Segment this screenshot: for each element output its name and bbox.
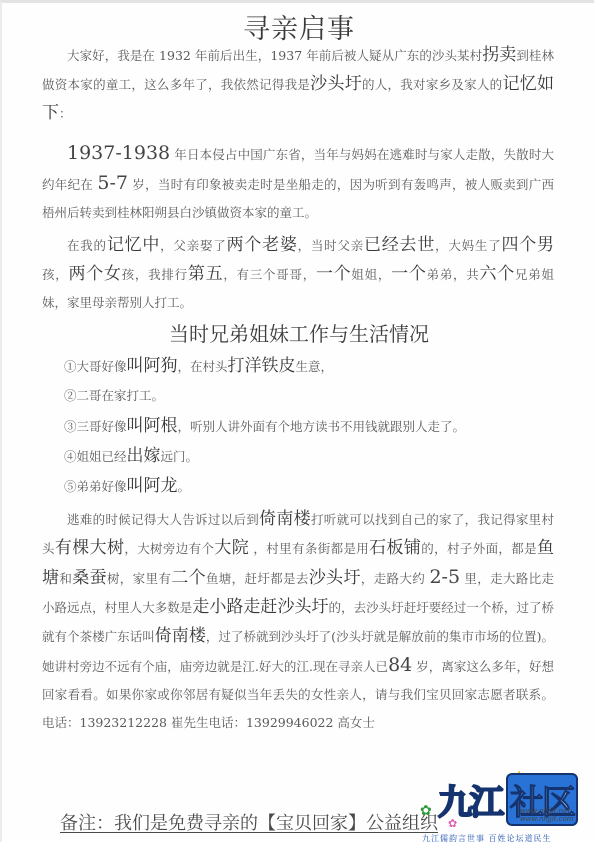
para-emphasis: 记忆中 xyxy=(107,235,160,255)
sibling-item-3: ③三哥好像叫阿根，听别人讲外面有个地方读书不用钱就跟别人走了。 xyxy=(64,415,465,438)
para-text: ，当时父亲 xyxy=(298,238,364,253)
logo-urls: www.nhjjlt.netwww.nhjjlt.com xyxy=(520,807,574,823)
para-emphasis: 一个 xyxy=(316,264,351,284)
para-emphasis: 一个 xyxy=(391,264,426,284)
para-text: 的，村子外面，都是 xyxy=(421,541,537,556)
item-emphasis: 叫阿龙 xyxy=(127,476,178,496)
logo-url-2: www.nhjjlt.com xyxy=(520,815,574,823)
para-emphasis: 走小路走赶沙头圩 xyxy=(192,597,328,617)
item-emphasis: 出嫁 xyxy=(127,446,161,466)
item-text: ③三哥好像 xyxy=(64,419,127,434)
para-text: ，有三个哥哥， xyxy=(223,267,316,282)
sibling-item-2: ②二哥在家打工。 xyxy=(64,385,164,407)
item-emphasis: 打洋铁皮 xyxy=(228,356,296,376)
para-text: ，村里有条街都是用 xyxy=(249,541,369,556)
para-emphasis: 倚南楼 xyxy=(155,626,206,646)
para-emphasis: 桑蚕 xyxy=(72,568,107,588)
clover-icon: ✿ xyxy=(420,803,432,819)
notice-page: 寻亲启事 大家好，我是在 1932 年前后出生，1937 年前后被人疑从广东的沙… xyxy=(0,0,594,842)
para-emphasis: 六个 xyxy=(480,264,515,284)
item-text: 生意， xyxy=(296,359,334,374)
para-emphasis: 第五 xyxy=(188,264,223,284)
intro-paragraph: 大家好，我是在 1932 年前后出生，1937 年前后被人疑从广东的沙头某村拐卖… xyxy=(42,41,554,128)
distance-text: 2-5 xyxy=(429,566,460,588)
item-text: ，在村头 xyxy=(178,359,228,374)
para-emphasis: 沙头圩 xyxy=(309,568,361,588)
para-text: 弟弟，共 xyxy=(427,267,480,282)
para-text: ，大树旁边有个 xyxy=(124,541,214,556)
para-emphasis: 大院 xyxy=(214,538,249,558)
sibling-item-1: ①大哥好像叫阿狗，在村头打洋铁皮生意， xyxy=(64,355,333,378)
para-text: 孩， xyxy=(42,267,68,282)
logo-slogan: 九江儒韵言世事 百姓论坛道民生 xyxy=(422,833,552,842)
intro-text: 大家好，我是在 1932 年前后出生，1937 年前后被人疑从广东的沙头某村 xyxy=(67,48,482,63)
paragraph-family: 在我的记忆中，父亲娶了两个老婆，当时父亲已经去世，大妈生了四个男孩，两个女孩，我… xyxy=(42,231,554,317)
item-text: ⑤弟弟好像 xyxy=(64,479,127,494)
item-text: 远门。 xyxy=(161,449,199,464)
section-subtitle: 当时兄弟姐妹工作与生活情况 xyxy=(2,318,594,347)
watermark-logo: ✿ ✿ ✱ 九江社区 www.nhjjlt.netwww.nhjjlt.com … xyxy=(418,773,590,842)
para-emphasis: 二个 xyxy=(171,568,206,588)
item-emphasis: 叫阿狗 xyxy=(127,356,178,376)
intro-text: 的人，我对家乡及家人的 xyxy=(362,77,502,92)
intro-emphasis: 沙头圩 xyxy=(310,74,362,94)
para-text: 鱼塘，赶圩都是去 xyxy=(206,571,309,586)
para-text: 和 xyxy=(59,571,72,586)
paragraph-hometown-memory: 逃难的时候记得大人告诉过以后到倚南楼打听就可以找到自己的家了，我记得家里村头有棵… xyxy=(42,505,554,737)
sibling-item-4: ④姐姐已经出嫁远门。 xyxy=(64,445,198,468)
age-text: 5-7 xyxy=(97,172,128,194)
item-text: ④姐姐已经 xyxy=(64,449,127,464)
para-emphasis: 四个男 xyxy=(501,235,554,255)
item-emphasis: 叫阿根 xyxy=(127,416,178,436)
para-text: ，走路大约 xyxy=(361,571,430,586)
intro-text: ： xyxy=(59,106,72,121)
para-emphasis: 已经去世 xyxy=(364,235,435,255)
intro-emphasis: 拐卖 xyxy=(482,45,516,65)
item-text: ①大哥好像 xyxy=(64,359,127,374)
para-text: 孩，我排行 xyxy=(122,267,188,282)
age-text: 84 xyxy=(388,654,412,676)
para-emphasis: 两个老婆 xyxy=(227,235,298,255)
paragraph-war-separation: 1937-1938 年日本侵占中国广东省，当年与妈妈在逃难时与家人走散，失散时大… xyxy=(42,139,554,227)
sibling-item-5: ⑤弟弟好像叫阿龙。 xyxy=(64,475,190,498)
para-emphasis: 石板铺 xyxy=(369,538,421,558)
para-text: 姐姐， xyxy=(351,267,391,282)
item-text: 。 xyxy=(178,479,191,494)
para-emphasis: 两个女 xyxy=(68,264,121,284)
item-text: ②二哥在家打工。 xyxy=(64,388,164,403)
logo-url-1: www.nhjjlt.net xyxy=(520,807,574,815)
years-text: 1937-1938 xyxy=(67,142,170,164)
logo-name-a: 九江 xyxy=(438,783,502,823)
para-emphasis: 倚南楼 xyxy=(259,509,311,529)
para-text: 树，家里有 xyxy=(107,571,171,586)
para-text: ，父亲娶了 xyxy=(160,238,226,253)
para-emphasis: 有棵大树 xyxy=(55,538,124,558)
remark-note: 备注：我们是免费寻亲的【宝贝回家】公益组织 xyxy=(60,809,438,835)
para-text: ，大妈生了 xyxy=(435,238,501,253)
para-text: 在我的 xyxy=(67,238,107,253)
para-text: 逃难的时候记得大人告诉过以后到 xyxy=(67,512,259,527)
item-text: ，听别人讲外面有个地方读书不用钱就跟别人走了。 xyxy=(178,419,466,434)
